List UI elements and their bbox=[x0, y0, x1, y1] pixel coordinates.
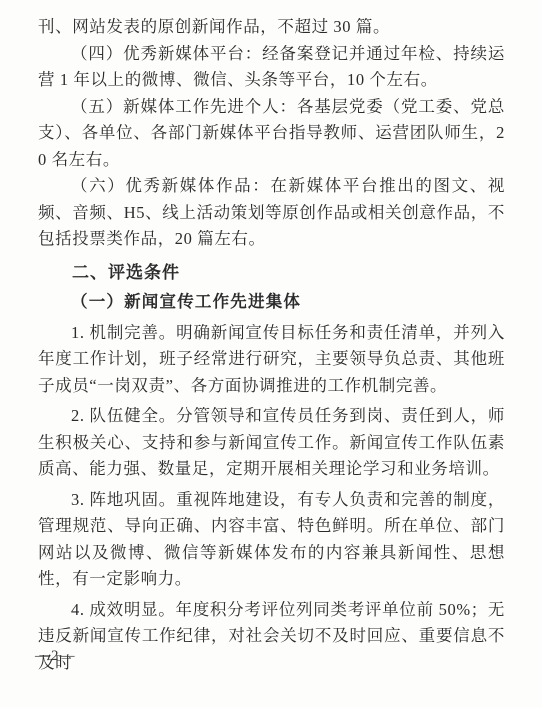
body-paragraph-continuation: 刊、网站发表的原创新闻作品，不超过 30 篇。 bbox=[38, 14, 505, 41]
body-paragraph-criterion-3: 3. 阵地巩固。重视阵地建设，有专人负责和完善的制度，管理规范、导向正确、内容丰… bbox=[38, 487, 505, 593]
body-paragraph-criterion-1: 1. 机制完善。明确新闻宣传目标任务和责任清单，并列入年度工作计划，班子经常进行… bbox=[38, 320, 505, 400]
body-paragraph-item-5: （五）新媒体工作先进个人：各基层党委（党工委、党总支）、各单位、各部门新媒体平台… bbox=[38, 94, 505, 174]
body-paragraph-criterion-4: 4. 成效明显。年度积分考评位列同类考评单位前 50%；无违反新闻宣传工作纪律，… bbox=[38, 597, 505, 677]
body-paragraph-item-4: （四）优秀新媒体平台：经备案登记并通过年检、持续运营 1 年以上的微博、微信、头… bbox=[38, 41, 505, 94]
subsection-heading: （一）新闻宣传工作先进集体 bbox=[38, 288, 505, 316]
document-page: 刊、网站发表的原创新闻作品，不超过 30 篇。 （四）优秀新媒体平台：经备案登记… bbox=[0, 0, 542, 708]
section-heading: 二、评选条件 bbox=[38, 259, 505, 286]
body-paragraph-item-6: （六）优秀新媒体作品：在新媒体平台推出的图文、视频、音频、H5、线上活动策划等原… bbox=[38, 173, 505, 253]
page-number: —2— bbox=[35, 648, 76, 665]
body-paragraph-criterion-2: 2. 队伍健全。分管领导和宣传员任务到岗、责任到人，师生积极关心、支持和参与新闻… bbox=[38, 403, 505, 483]
